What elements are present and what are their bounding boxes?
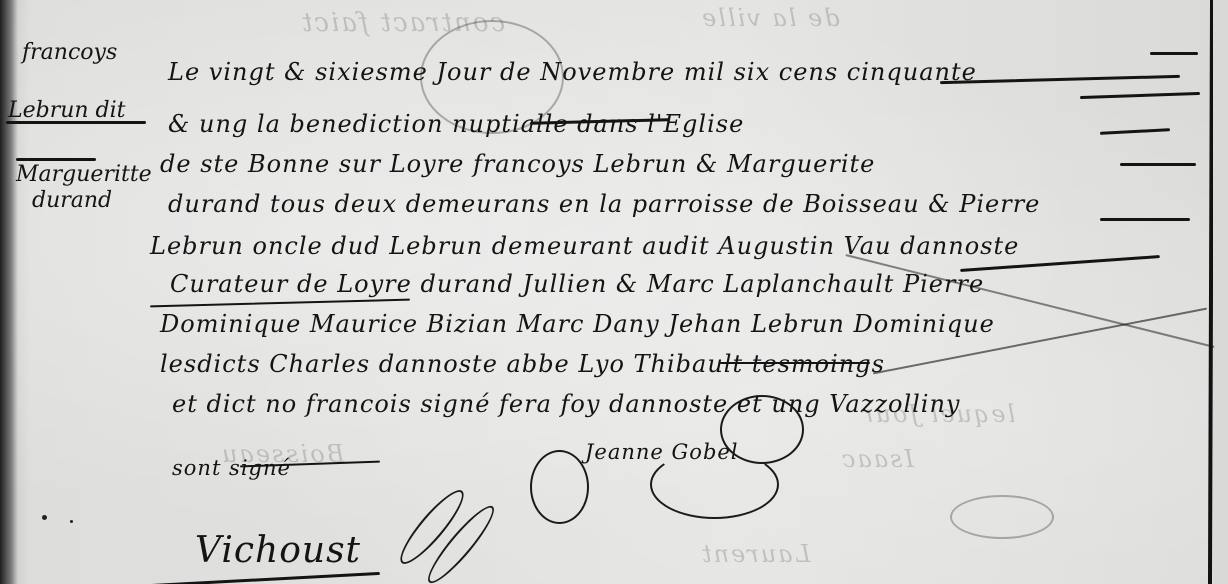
signature-paraph (530, 450, 589, 524)
binding-shadow (0, 0, 18, 584)
bleed-through-text: de la ville (700, 4, 840, 32)
signature-underline (150, 572, 380, 584)
underline (16, 158, 96, 161)
record-line-4: durand tous deux demeurans en la parrois… (168, 190, 1040, 218)
bleed-through-text: Laurent (700, 540, 810, 568)
bleed-flourish (950, 495, 1054, 539)
record-line-9: et dict no francois signé fera foy danno… (172, 390, 961, 418)
page-edge (1213, 0, 1228, 584)
underline (150, 299, 410, 308)
margin-name-groom-first: francoys (22, 40, 117, 65)
line-filler (1100, 218, 1190, 221)
signature-paraph (650, 450, 779, 519)
record-line-5: Lebrun oncle dud Lebrun demeurant audit … (150, 232, 1019, 260)
line-filler (1120, 163, 1196, 166)
signature-priest: Vichoust (195, 530, 361, 571)
record-line-6: Curateur de Loyre durand Jullien & Marc … (170, 270, 984, 298)
line-filler (1100, 128, 1170, 135)
margin-name-bride-last: durand (32, 188, 112, 213)
ink-dot (42, 515, 47, 520)
register-page: contract faict de la ville lequel Jour I… (0, 0, 1228, 584)
line-filler (1080, 92, 1200, 99)
margin-name-groom-last: Lebrun dit (8, 98, 126, 123)
bleed-through-text: Isaac (840, 445, 914, 473)
record-line-8: lesdicts Charles dannoste abbe Lyo Thiba… (160, 350, 885, 378)
record-line-3: de ste Bonne sur Loyre francoys Lebrun &… (160, 150, 875, 178)
margin-name-bride-first: Margueritte (16, 162, 152, 187)
record-line-10: sont signé (172, 456, 291, 480)
strike-through (720, 362, 870, 364)
record-line-1: Le vingt & sixiesme Jour de Novembre mil… (168, 58, 977, 86)
line-filler (1150, 52, 1198, 55)
record-line-2: & ung la benediction nuptialle dans l'Eg… (168, 110, 744, 138)
underline (6, 121, 146, 124)
ink-dot (70, 520, 73, 523)
record-line-7: Dominique Maurice Bizian Marc Dany Jehan… (160, 310, 995, 338)
